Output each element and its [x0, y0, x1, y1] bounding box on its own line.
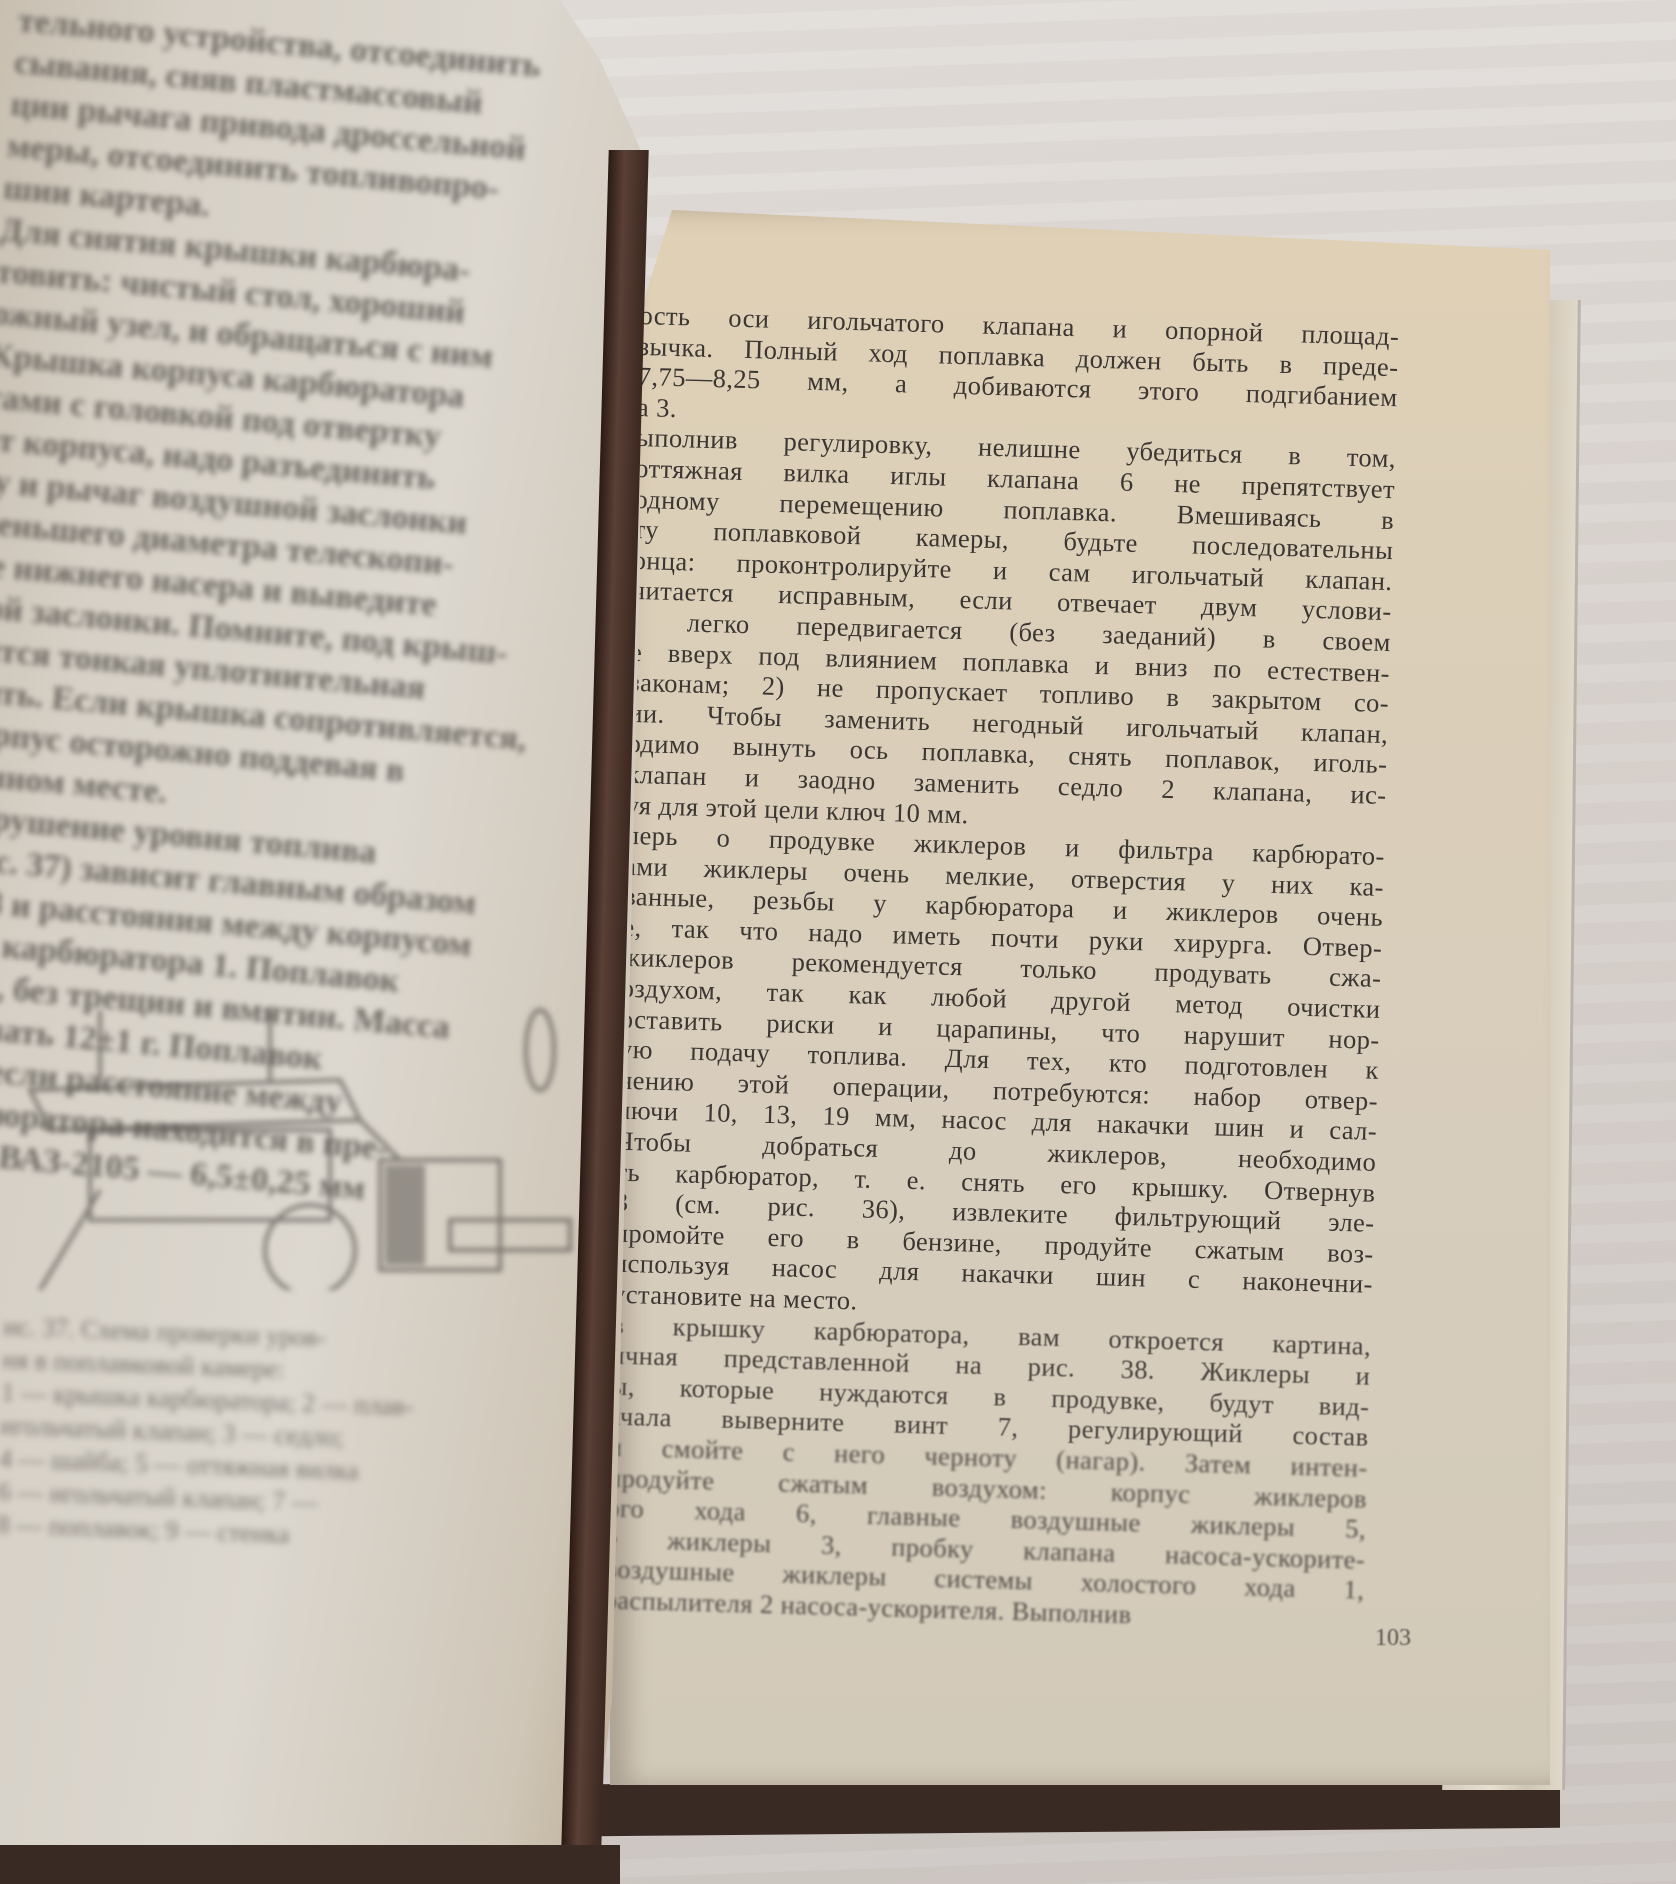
book-cover-edge — [0, 1845, 620, 1884]
right-page-text: ость оси игольчатого клапана и опорной п… — [603, 300, 1399, 1636]
page-number: 103 — [1375, 1625, 1411, 1652]
left-page: тельного устройства, отсоединитьсывания,… — [0, 0, 640, 1884]
carburetor-diagram — [20, 990, 580, 1290]
figure-caption: ис. 37. Схема проверки уров-ня в поплавк… — [0, 1310, 584, 1561]
